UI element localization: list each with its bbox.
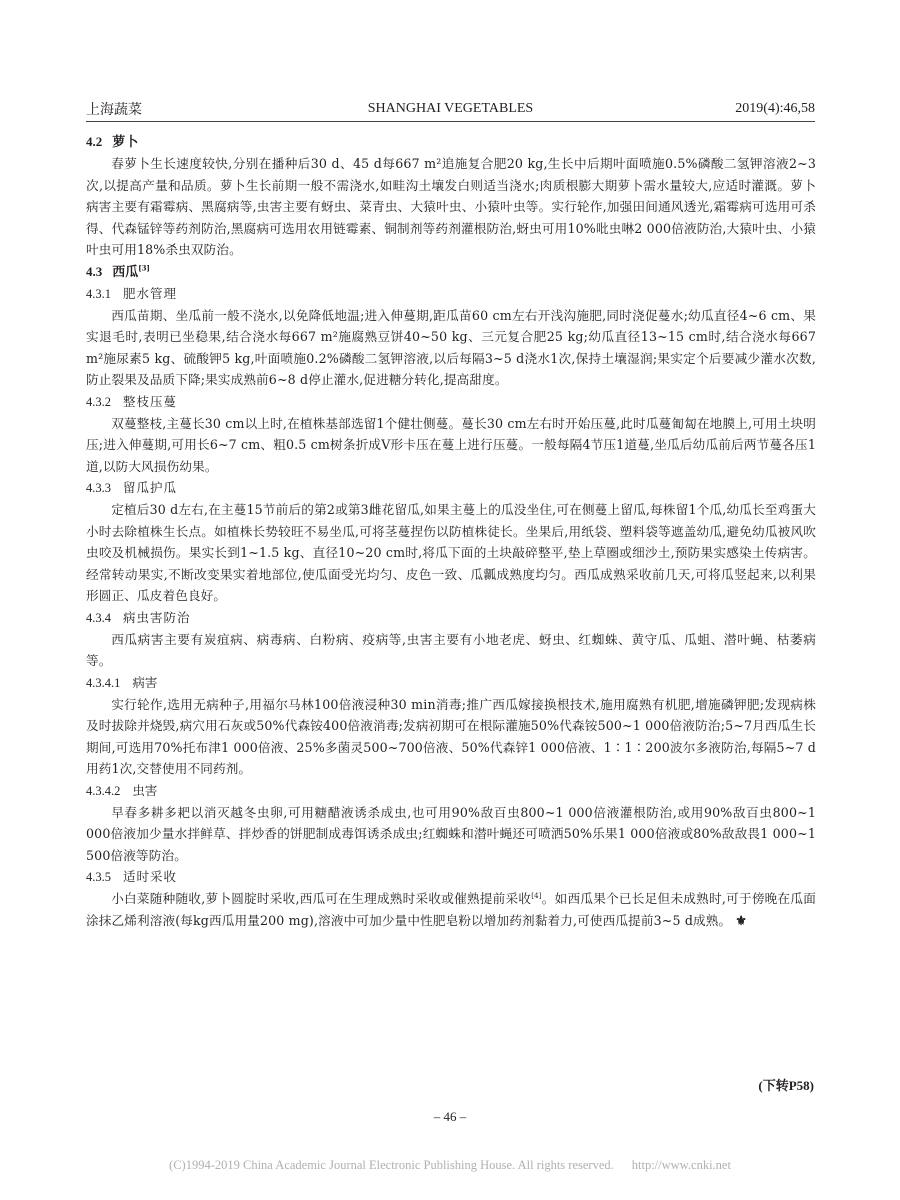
section-heading-4-3-4-2: 4.3.4.2虫害 <box>86 780 816 802</box>
page-number: – 46 – <box>0 1109 900 1125</box>
footer-url-link[interactable]: http://www.cnki.net <box>632 1158 731 1172</box>
header-divider <box>86 121 815 122</box>
paragraph-fertilizer-water: 西瓜苗期、坐瓜前一般不浇水,以免降低地温;进入伸蔓期,距瓜苗60 cm左右开浅沟… <box>86 305 816 391</box>
citation-ref[interactable]: [4] <box>531 892 541 900</box>
section-heading-4-3: 4.3西瓜[3] <box>86 261 816 283</box>
paragraph-harvest: 小白菜随种随收,萝卜圆腚时采收,西瓜可在生理成熟时采收或催熟提前采收[4]。如西… <box>86 888 816 932</box>
section-heading-4-3-3: 4.3.3留瓜护瓜 <box>86 477 816 499</box>
paragraph-pruning: 双蔓整枝,主蔓长30 cm以上时,在植株基部选留1个健壮侧蔓。蔓长30 cm左右… <box>86 413 816 478</box>
paragraph-fruit-care: 定植后30 d左右,在主蔓15节前后的第2或第3雌花留瓜,如果主蔓上的瓜没坐住,… <box>86 499 816 607</box>
copyright-text: (C)1994-2019 China Academic Journal Elec… <box>169 1158 614 1172</box>
continued-on-note: (下转P58) <box>758 1075 814 1094</box>
section-heading-4-3-1: 4.3.1肥水管理 <box>86 283 816 305</box>
journal-name-cn: 上海蔬菜 <box>86 99 142 119</box>
issue-citation: 2019(4):46,58 <box>735 101 815 117</box>
running-header: 上海蔬菜 SHANGHAI VEGETABLES 2019(4):46,58 <box>86 98 815 120</box>
article-body: 4.2萝卜 春萝卜生长速度较快,分别在播种后30 d、45 d每667 m²追施… <box>86 131 816 932</box>
paragraph-diseases: 实行轮作,选用无病种子,用福尔马林100倍液浸种30 min消毒;推广西瓜嫁接换… <box>86 694 816 780</box>
paragraph-pest-control: 西瓜病害主要有炭疽病、病毒病、白粉病、疫病等,虫害主要有小地老虎、蚜虫、红蜘蛛、… <box>86 629 816 672</box>
copyright-footer: (C)1994-2019 China Academic Journal Elec… <box>0 1158 900 1173</box>
paragraph-insects: 早春多耕多耙以消灭越冬虫卵,可用糖醋液诱杀成虫,也可用90%敌百虫800~1 0… <box>86 802 816 867</box>
section-heading-4-3-2: 4.3.2整枝压蔓 <box>86 391 816 413</box>
fleur-de-lis-icon: ⚜ <box>735 914 747 929</box>
section-heading-4-3-4: 4.3.4病虫害防治 <box>86 607 816 629</box>
paragraph-radish: 春萝卜生长速度较快,分别在播种后30 d、45 d每667 m²追施复合肥20 … <box>86 153 816 261</box>
citation-ref[interactable]: [3] <box>138 263 150 272</box>
section-heading-4-3-4-1: 4.3.4.1病害 <box>86 672 816 694</box>
section-heading-4-2: 4.2萝卜 <box>86 131 816 153</box>
section-heading-4-3-5: 4.3.5适时采收 <box>86 866 816 888</box>
journal-name-en: SHANGHAI VEGETABLES <box>86 101 815 117</box>
